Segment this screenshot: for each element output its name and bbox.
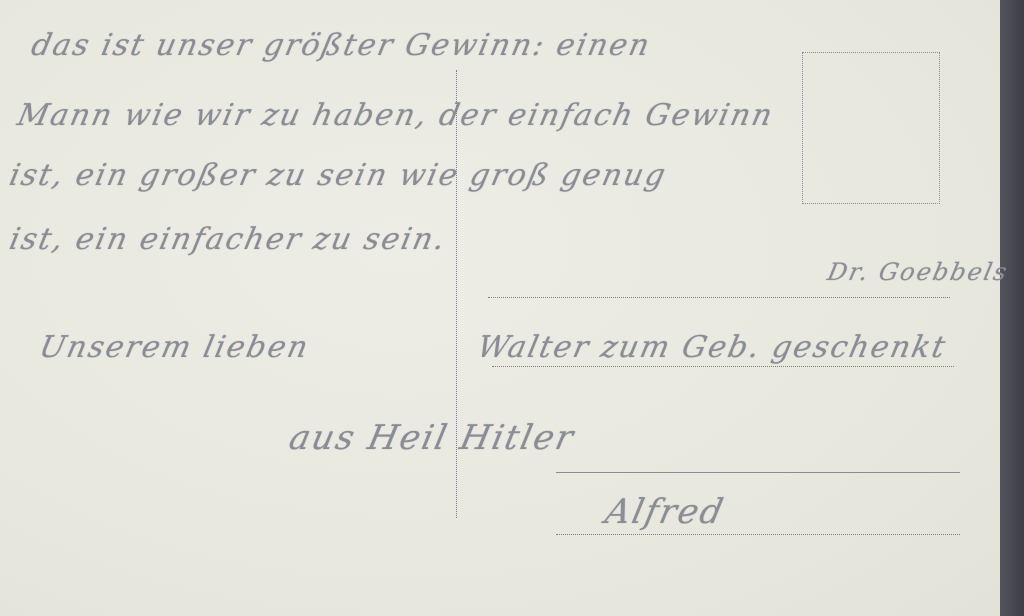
signoff: aus Heil Hitler bbox=[286, 418, 579, 458]
address-line-4-rule bbox=[556, 534, 960, 535]
address-line-1-rule bbox=[488, 297, 950, 298]
message-line-1: das ist unser größter Gewinn: einen bbox=[28, 28, 654, 63]
message-line-2: Mann wie wir zu haben, der einfach Gewin… bbox=[14, 98, 777, 133]
message-line-3: ist, ein großer zu sein wie groß genug bbox=[6, 158, 670, 193]
message-line-4: ist, ein einfacher zu sein. bbox=[6, 222, 449, 257]
postcard: das ist unser größter Gewinn: einen Mann… bbox=[0, 0, 1000, 616]
closing-left: Unserem lieben bbox=[36, 330, 313, 365]
address-line-2-rule bbox=[492, 366, 954, 367]
address-line-1: Walter zum Geb. geschenkt bbox=[474, 330, 950, 365]
stamp-box bbox=[802, 52, 940, 204]
signature: Alfred bbox=[602, 492, 729, 532]
attribution: Dr. Goebbels bbox=[825, 258, 1011, 286]
address-line-3-rule bbox=[556, 472, 960, 473]
